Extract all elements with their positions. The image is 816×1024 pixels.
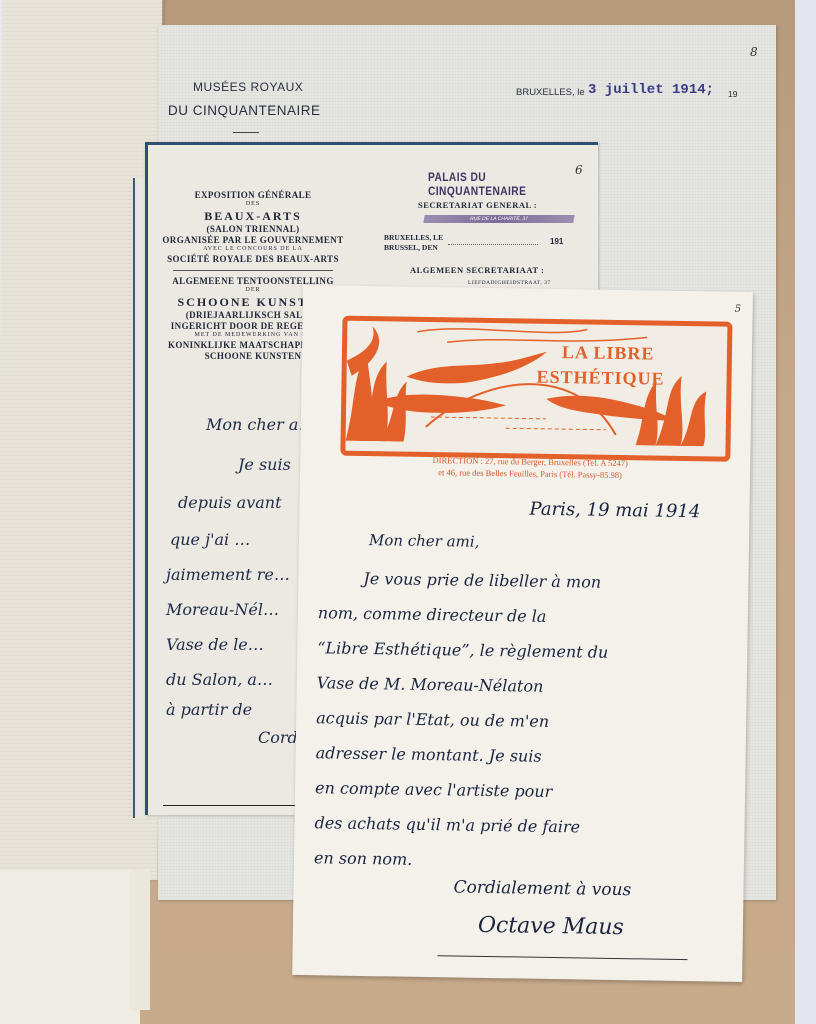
year-prefix: 191 [550, 237, 563, 246]
body-line: nom, comme directeur de la [318, 603, 547, 626]
place-labels: BRUXELLES, LE BRUSSEL, DEN [384, 233, 443, 253]
handwriting-line: Moreau-Nél… [166, 600, 279, 619]
hdr-line: DES [158, 201, 348, 209]
backdrop [795, 0, 816, 1024]
letterhead-line1: MUSÉES ROYAUX [193, 80, 303, 94]
direction-address: DIRECTION : 27, rue du Berger, Bruxelles… [340, 454, 720, 484]
body-line: “Libre Esthétique”, le règlement du [317, 638, 608, 662]
letterhead-title-line1: LA LIBRE [562, 342, 655, 364]
closing: Cordialement à vous [453, 877, 631, 900]
letterhead-line2: DU CINQUANTENAIRE [168, 103, 321, 118]
sheet-edge [130, 870, 150, 1010]
bottom-rule [163, 805, 303, 806]
body-line: acquis par l'Etat, ou de m'en [316, 708, 549, 731]
body-line: Vase de M. Moreau-Nélaton [317, 673, 544, 696]
left-blank-sheet-lower [0, 870, 140, 1024]
folio-number: 8 [750, 45, 758, 59]
palais-heading: PALAIS DU CINQUANTENAIRE [428, 170, 573, 198]
folio-number: 6 [575, 163, 583, 177]
algemeen-secretariaat: ALGEMEEN SECRETARIAAT : [410, 265, 544, 275]
typed-date: 3 juillet 1914; [588, 82, 714, 98]
handwriting-line: depuis avant [178, 493, 282, 512]
hdr-line: AVEC LE CONCOURS DE LA [158, 246, 348, 254]
divider [173, 270, 333, 271]
year-prefix: 19 [728, 89, 737, 99]
letterhead-banner: LA LIBRE ESTHÉTIQUE [340, 316, 732, 462]
hdr-line: EXPOSITION GÉNÉRALE [158, 190, 348, 201]
hdr-line: BEAUX-ARTS [158, 209, 348, 224]
handwriting-line: Je suis [238, 455, 291, 474]
letterhead-title-line2: ESTHÉTIQUE [536, 367, 664, 390]
hdr-line: ORGANISÉE PAR LE GOUVERNEMENT [158, 235, 348, 246]
folio-number: 5 [735, 304, 742, 315]
body-line: en son nom. [314, 848, 413, 869]
hdr-line: (SALON TRIENNAL) [158, 224, 348, 235]
bottom-rule [437, 955, 687, 960]
salutation: Mon cher ami, [369, 531, 480, 551]
body-line: en compte avec l'artiste pour [315, 778, 552, 801]
signature: Octave Maus [478, 913, 624, 940]
letter-date: Paris, 19 mai 1914 [529, 499, 700, 523]
handwriting-line: Mon cher a… [206, 415, 314, 434]
brussel-den: BRUSSEL, DEN [384, 243, 443, 253]
body-line: adresser le montant. Je suis [316, 743, 542, 766]
handwriting-line: à partir de [166, 700, 252, 719]
bruxelles-le: BRUXELLES, LE [384, 233, 443, 243]
body-line: Je vous prie de libeller à mon [363, 569, 601, 592]
secretariat-general: SECRETARIAT GENERAL : [418, 200, 537, 210]
handwriting-line: que j'ai … [170, 530, 250, 549]
libre-esthetique-letter: 5 LA LIBRE ESTHÉTIQUE DIRECTION : 27, ru… [292, 285, 753, 982]
date-line [448, 244, 538, 245]
handwriting-line: Vase de le… [166, 635, 264, 654]
street-address: LIEFDADIGHEIDSTRAAT, 37 [468, 280, 551, 286]
address-stamp: RUE DE LA CHARITÉ, 37 [423, 215, 574, 223]
handwriting-line: jaimement re… [166, 565, 290, 584]
letterhead-rule [233, 132, 259, 133]
place-label: BRUXELLES, le [516, 87, 585, 98]
hdr-line: SOCIÉTÉ ROYALE DES BEAUX-ARTS [158, 254, 348, 265]
body-line: des achats qu'il m'a prié de faire [314, 813, 580, 836]
handwriting-line: du Salon, a… [166, 670, 273, 689]
